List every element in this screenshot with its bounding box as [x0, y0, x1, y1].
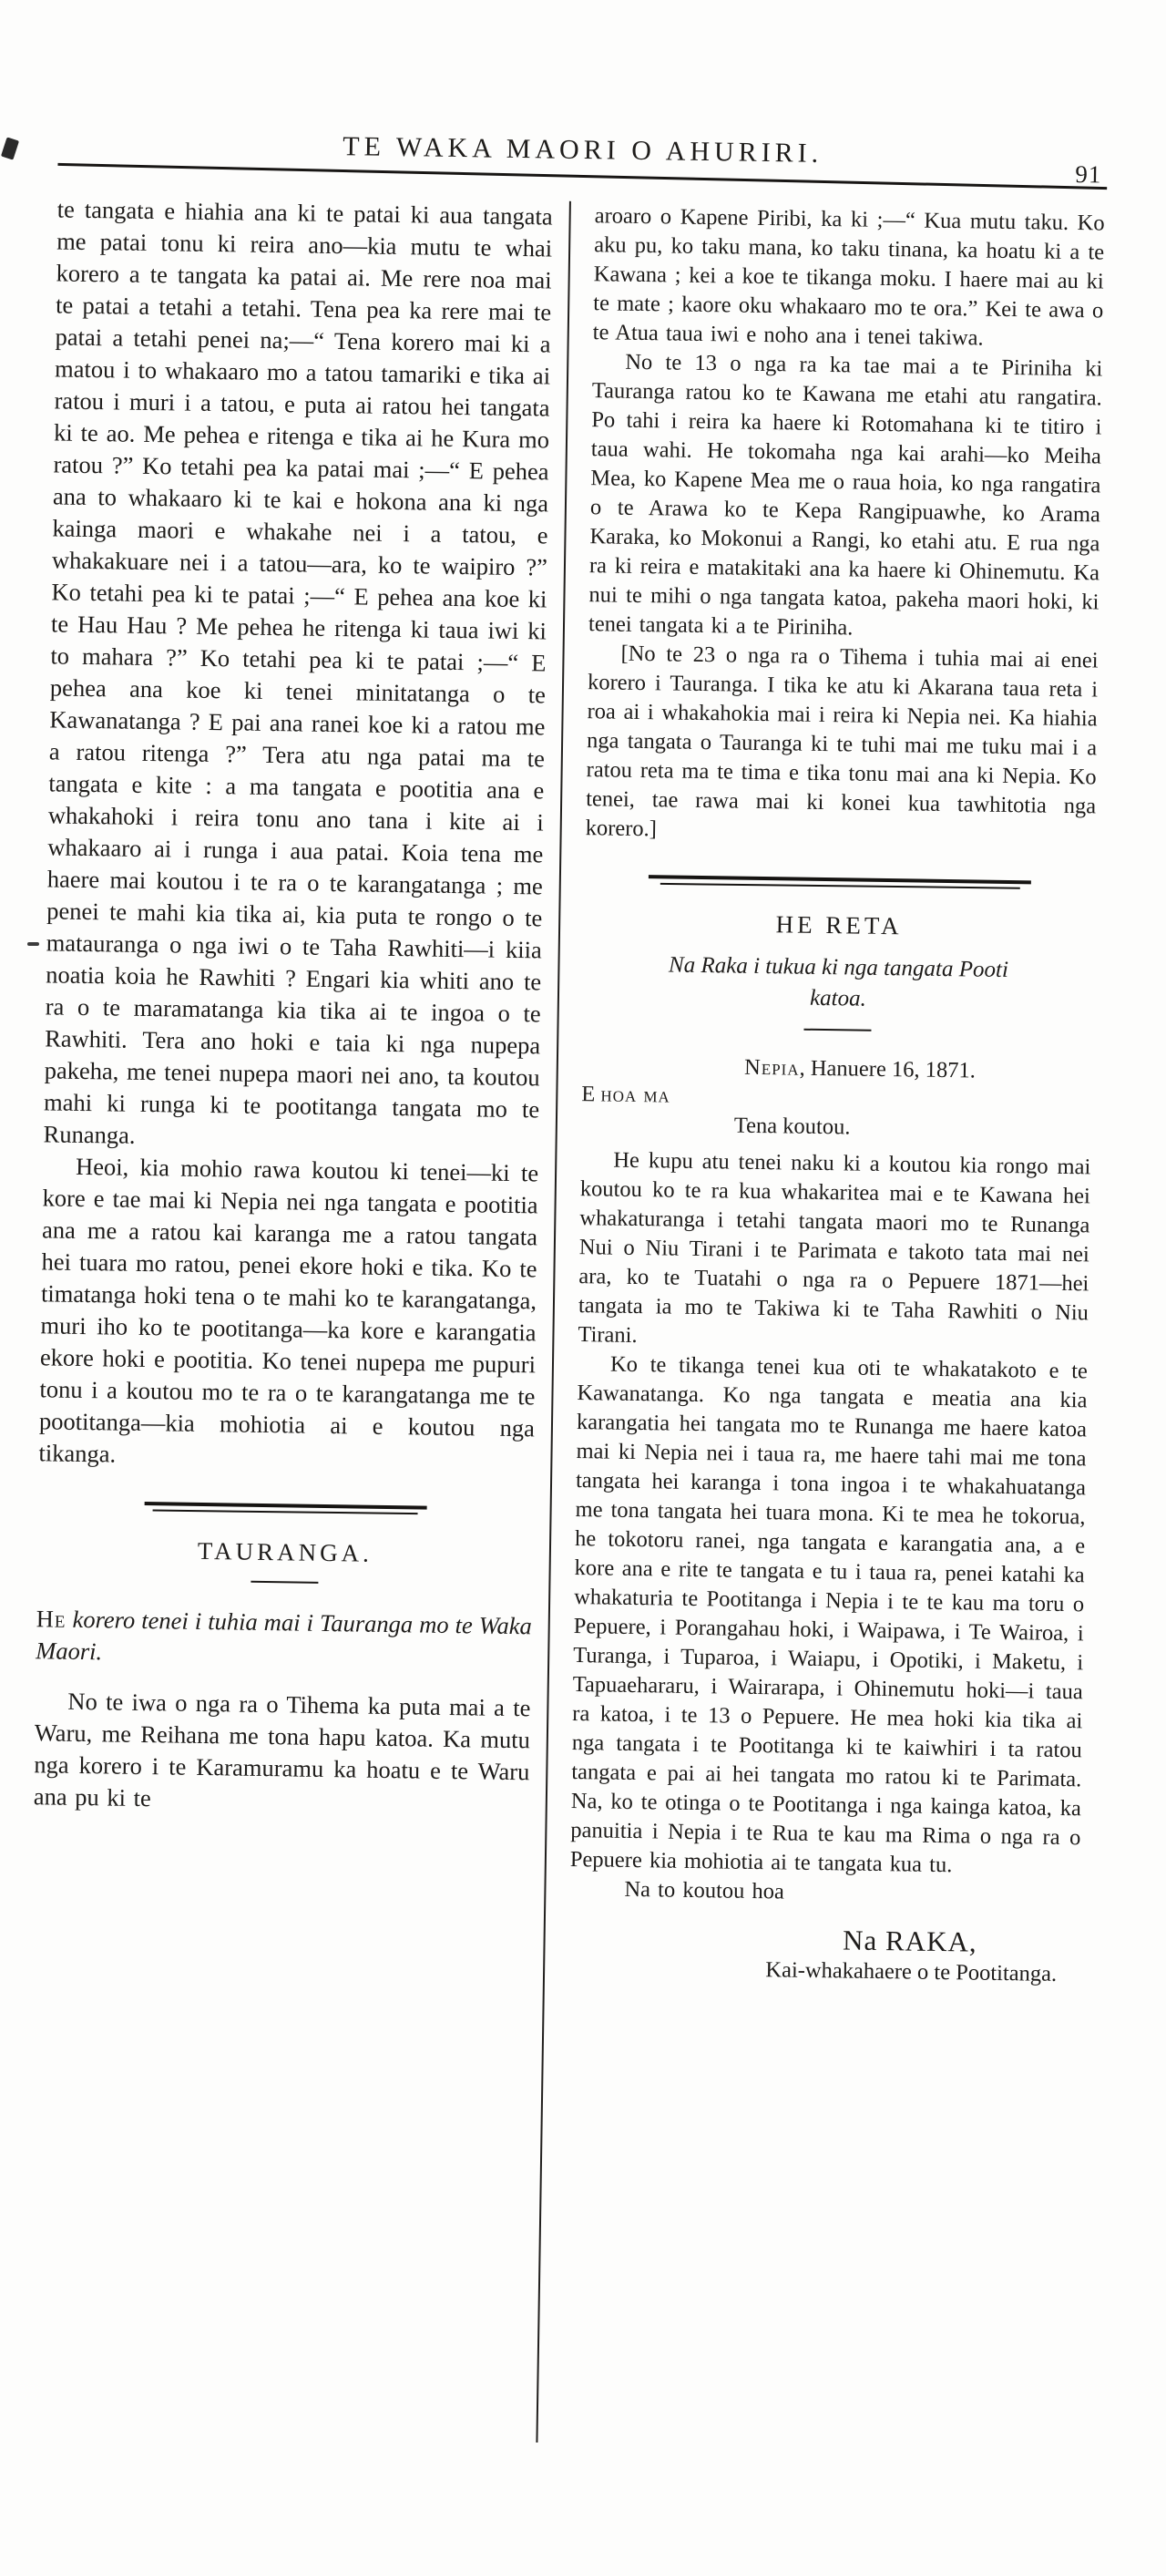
paragraph: te tangata e hiahia ana ki te patai ki a…: [43, 193, 553, 1157]
dateline-place: Nepia: [744, 1055, 800, 1081]
divider-thin-rule: [660, 883, 1019, 889]
paragraph: No te iwa o nga ra o Tihema ka puta mai …: [34, 1685, 531, 1820]
paragraph: No te 13 o nga ra ka tae mai a te Pirini…: [588, 347, 1103, 646]
heading-rule: [251, 1581, 318, 1584]
scan-smudge: [1, 137, 19, 159]
left-column: te tangata e hiahia ana ki te patai ki a…: [24, 193, 552, 2442]
newspaper-title: TE WAKA MAORI O AHURIRI.: [343, 131, 823, 169]
dateline-date: , Hanuere 16, 1871.: [799, 1056, 976, 1083]
page-number: 91: [1075, 160, 1101, 189]
section-heading-tauranga: TAURANGA.: [37, 1533, 533, 1572]
letter-subheading: Na Raka i tukua ki nga tangata Pooti kat…: [642, 949, 1035, 1017]
stray-ink-mark: [27, 942, 39, 946]
divider-thick-rule: [145, 1502, 427, 1510]
intro-text: korero tenei i tuhia mai i Tauranga mo t…: [36, 1606, 532, 1665]
section-divider: [649, 875, 1031, 889]
divider-thin-rule: [153, 1510, 418, 1515]
paragraph: He kupu atu tenei naku ki a koutou kia r…: [578, 1145, 1090, 1357]
section-intro: He korero tenei i tuhia mai i Tauranga m…: [36, 1603, 532, 1674]
section-heading-he-reta: HE RETA: [584, 907, 1094, 943]
masthead-rule: [57, 163, 1107, 190]
paragraph: Ko te tikanga tenei kua oti te whakatako…: [570, 1350, 1088, 1882]
section-divider: [145, 1502, 427, 1515]
page-sheet: TE WAKA MAORI O AHURIRI. 91 te tangata e…: [24, 127, 1107, 2450]
newspaper-page: TE WAKA MAORI O AHURIRI. 91 te tangata e…: [0, 0, 1166, 2576]
two-column-body: te tangata e hiahia ana ki te patai ki a…: [24, 193, 1106, 2450]
paragraph: [No te 23 o nga ra o Tihema i tuhia mai …: [585, 639, 1098, 850]
right-column: aroaro o Kapene Piribi, ka ki ;—“ Kua mu…: [561, 201, 1104, 2450]
heading-rule: [803, 1029, 871, 1031]
intro-lead: He: [36, 1605, 66, 1632]
paragraph: Heoi, kia mohio rawa koutou ki tenei—ki …: [38, 1150, 538, 1476]
salutation-lead: E: [581, 1082, 600, 1106]
paragraph: aroaro o Kapene Piribi, ka ki ;—“ Kua mu…: [593, 201, 1105, 354]
letter-signature-title: Kai-whakahaere o te Pootitanga.: [568, 1953, 1079, 1989]
masthead: TE WAKA MAORI O AHURIRI. 91: [57, 127, 1108, 185]
salutation-text: hoa ma: [600, 1082, 670, 1107]
